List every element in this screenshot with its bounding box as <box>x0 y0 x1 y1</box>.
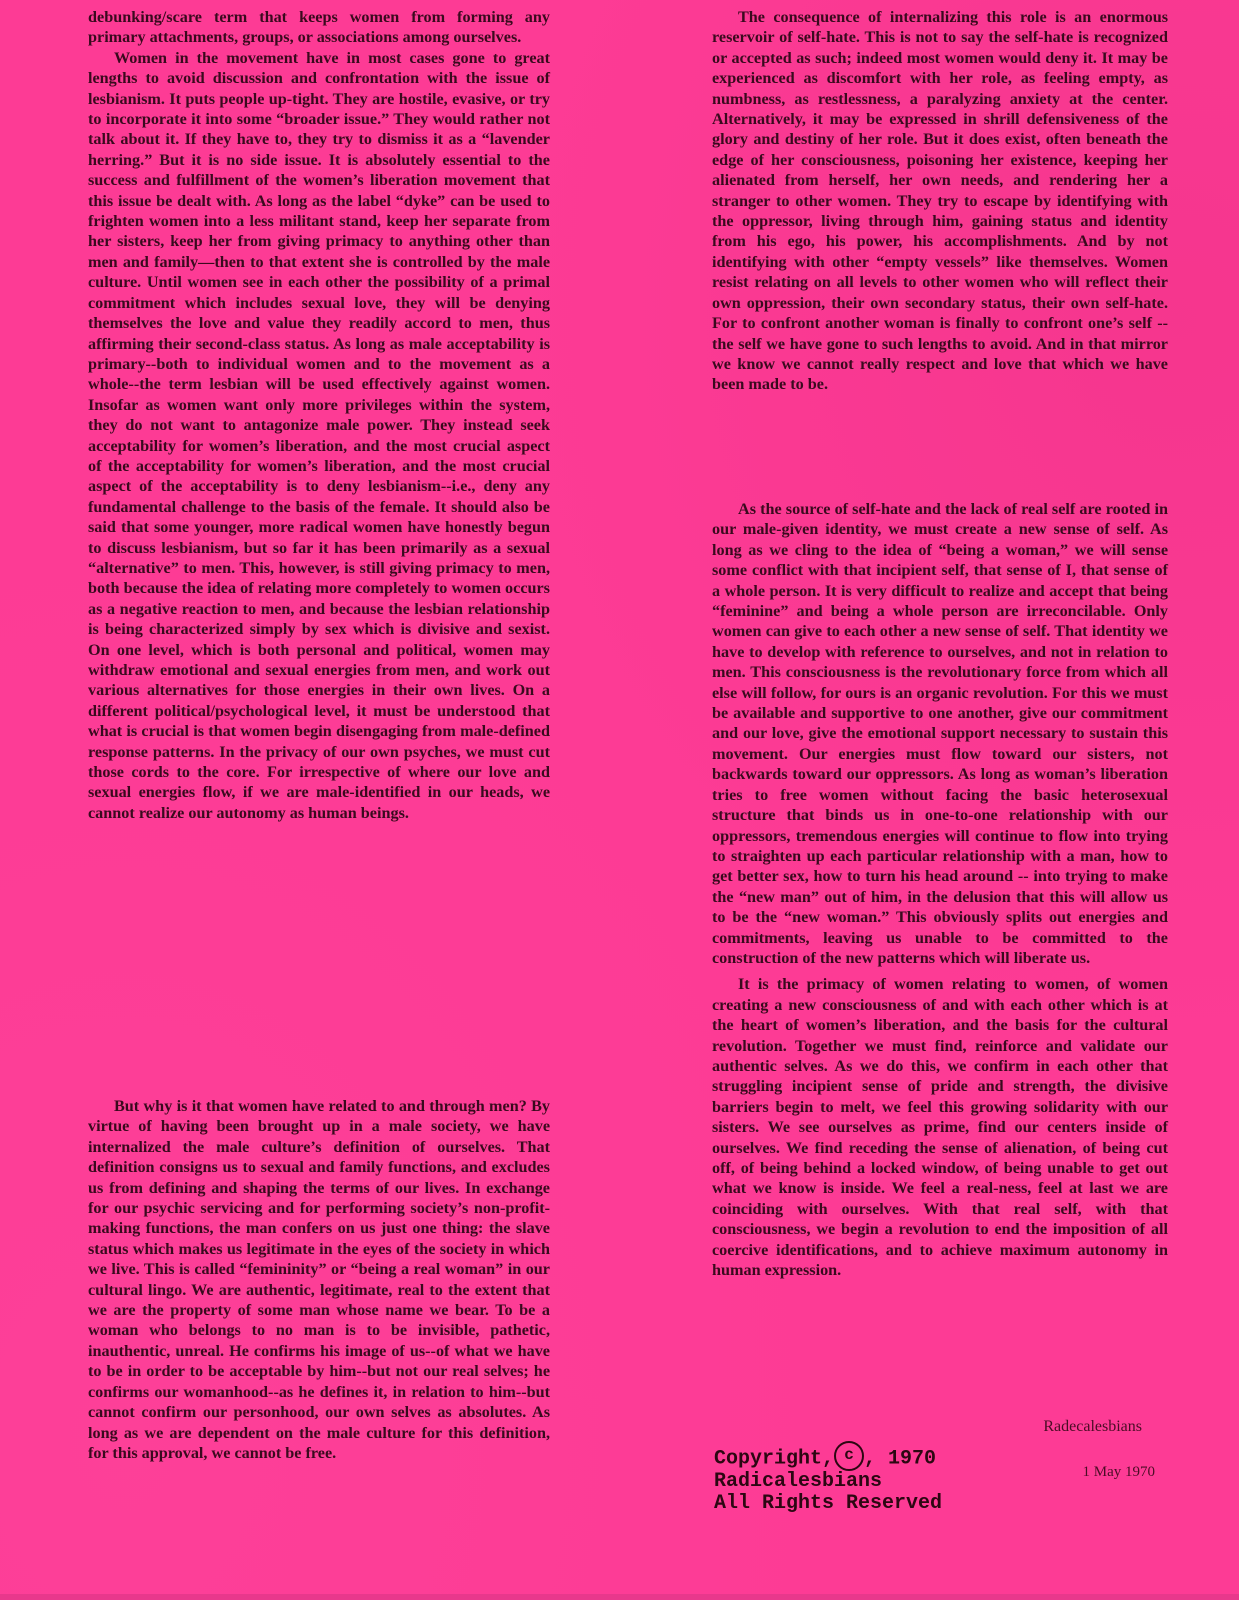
paragraph: Women in the movement have in most cases… <box>88 48 550 823</box>
paragraph: The consequence of internalizing this ro… <box>712 7 1168 395</box>
copyright-label: Copyright, <box>714 1447 834 1470</box>
publication-date: 1 May 1970 <box>1083 1464 1156 1481</box>
paragraph: But why is it that women have related to… <box>88 1096 550 1463</box>
copyright-symbol-icon: c <box>834 1441 864 1471</box>
paragraph: It is the primacy of women relating to w… <box>712 974 1168 1280</box>
paragraph: debunking/scare term that keeps women fr… <box>88 7 550 48</box>
left-column-top: debunking/scare term that keeps women fr… <box>88 7 550 823</box>
copyright-year: , 1970 <box>864 1447 936 1470</box>
page-edge <box>0 1594 1239 1600</box>
signature: Radecalesbians <box>1043 1418 1142 1436</box>
right-column-bottom: As the source of self-hate and the lack … <box>712 499 1168 1280</box>
document-page: debunking/scare term that keeps women fr… <box>0 0 1239 1600</box>
copyright-holder: Radicalesbians <box>714 1471 942 1493</box>
left-column-bottom: But why is it that women have related to… <box>88 1096 550 1463</box>
copyright-notice: Copyright,c, 1970 Radicalesbians All Rig… <box>714 1445 942 1515</box>
paragraph: As the source of self-hate and the lack … <box>712 499 1168 968</box>
right-column-top: The consequence of internalizing this ro… <box>712 7 1168 395</box>
copyright-line-1: Copyright,c, 1970 <box>714 1445 942 1471</box>
rights-reserved: All Rights Reserved <box>714 1493 942 1515</box>
